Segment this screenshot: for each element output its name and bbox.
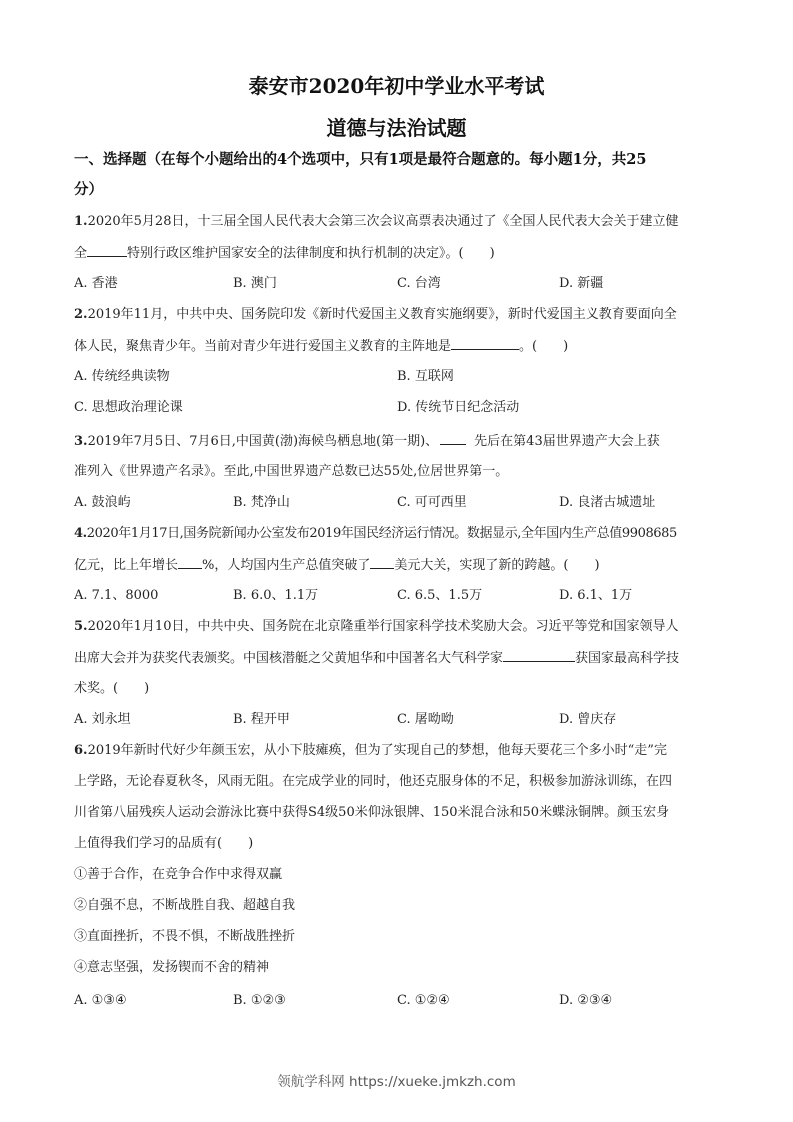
answer-blank [370, 556, 394, 569]
answer-blank [503, 649, 575, 662]
option-b: B. 程开甲 [233, 711, 290, 729]
question-text: 先后在第43届世界遗产大会上获 [474, 434, 660, 449]
question-number: 1. [74, 214, 88, 229]
question-text: 全 [74, 246, 87, 261]
question-text: 美元大关，实现了新的跨越。( ) [394, 558, 599, 573]
question-text: 准列入《世界遗产名录》。至此,中国世界遗产总数已达55处,位居世界第一。 [74, 463, 508, 481]
answer-blank [87, 244, 127, 257]
statement-4: ④意志坚强，发扬锲而不舍的精神 [74, 959, 269, 977]
option-a: A. 香港 [74, 275, 118, 293]
question-text: 川省第八届残疾人运动会游泳比赛中获得S4级50米仰泳银牌、150米混合泳和50米… [74, 804, 669, 822]
statement-1: ①善于合作，在竞争合作中求得双赢 [74, 866, 282, 884]
question-text: 2019年7月5日、7月6日,中国黄(渤)海候鸟栖息地(第一期)、 [88, 434, 439, 449]
option-c: C. 台湾 [397, 275, 441, 293]
question-text: 上学路，无论春夏秋冬，风雨无阻。在完成学业的同时，他还克服身体的不足，积极参加游… [74, 773, 672, 791]
question-text: 亿元，比上年增长 [74, 558, 178, 573]
section-heading: 一、选择题（在每个小题给出的4个选项中，只有1项是最符合题意的。每小题1分，共2… [74, 150, 646, 170]
option-c: C. 6.5、1.5万 [397, 587, 482, 605]
question-text: 2019年11月，中共中央、国务院印发《新时代爱国主义教育实施纲要》，新时代爱国… [88, 307, 677, 322]
option-c: C. 思想政治理论课 [74, 399, 183, 417]
option-a: A. 传统经典读物 [74, 368, 170, 386]
option-d: D. 6.1、1万 [559, 587, 632, 605]
option-b: B. 互联网 [397, 368, 454, 386]
question-text: 出席大会并为获奖代表颁奖。中国核潜艇之父黄旭华和中国著名大气科学家 [74, 651, 503, 666]
option-a: A. 鼓浪屿 [74, 494, 131, 512]
option-d: D. ②③④ [559, 992, 612, 1010]
exam-title: 泰安市2020年初中学业水平考试 [0, 70, 793, 99]
question-number: 6. [74, 743, 88, 758]
question-text: 上值得我们学习的品质有( ) [74, 835, 253, 853]
question-text: 获国家最高科学技 [575, 651, 679, 666]
question-number: 4. [74, 526, 87, 541]
question-text: 2020年1月17日,国务院新闻办公室发布2019年国民经济运行情况。数据显示,… [87, 526, 677, 541]
statement-2: ②自强不息，不断战胜自我、超越自我 [74, 897, 295, 915]
statement-3: ③直面挫折，不畏不惧，不断战胜挫折 [74, 928, 295, 946]
option-d: D. 传统节日纪念活动 [397, 399, 519, 417]
question-number: 5. [74, 619, 88, 634]
answer-blank [451, 337, 519, 350]
footer-watermark: 领航学科网 https://xueke.jmkzh.com [0, 1070, 793, 1090]
option-b: B. 6.0、1.1万 [233, 587, 318, 605]
question-number: 2. [74, 307, 88, 322]
question-text: %，人均国内生产总值突破了 [202, 558, 370, 573]
option-d: D. 良渚古城遗址 [559, 494, 655, 512]
answer-blank [440, 432, 466, 445]
option-c: C. ①②④ [397, 992, 450, 1010]
question-number: 3. [74, 434, 88, 449]
option-a: A. 7.1、8000 [74, 587, 158, 605]
option-d: D. 新疆 [559, 275, 603, 293]
question-text: 术奖。( ) [74, 680, 149, 698]
answer-blank [178, 556, 202, 569]
question-text: 2020年5月28日，十三届全国人民代表大会第三次会议高票表决通过了《全国人民代… [88, 214, 679, 229]
option-c: C. 屠呦呦 [397, 711, 454, 729]
option-b: B. 澳门 [233, 275, 277, 293]
question-text: 体人民，聚焦青少年。当前对青少年进行爱国主义教育的主阵地是 [74, 339, 451, 354]
question-text: 。( ) [519, 339, 568, 354]
section-heading-cont: 分） [74, 180, 103, 200]
option-c: C. 可可西里 [397, 494, 467, 512]
option-a: A. ①③④ [74, 992, 127, 1010]
option-a: A. 刘永坦 [74, 711, 131, 729]
question-text: 2020年1月10日，中共中央、国务院在北京隆重举行国家科学技术奖励大会。习近平… [88, 619, 679, 634]
question-text: 特别行政区维护国家安全的法律制度和执行机制的决定》。( ) [127, 246, 495, 261]
option-b: B. 梵净山 [233, 494, 290, 512]
option-d: D. 曾庆存 [559, 711, 616, 729]
option-b: B. ①②③ [233, 992, 286, 1010]
question-text: 2019年新时代好少年颜玉宏，从小下肢瘫痪，但为了实现自己的梦想，他每天要花三个… [88, 743, 667, 758]
exam-subtitle: 道德与法治试题 [0, 112, 793, 141]
